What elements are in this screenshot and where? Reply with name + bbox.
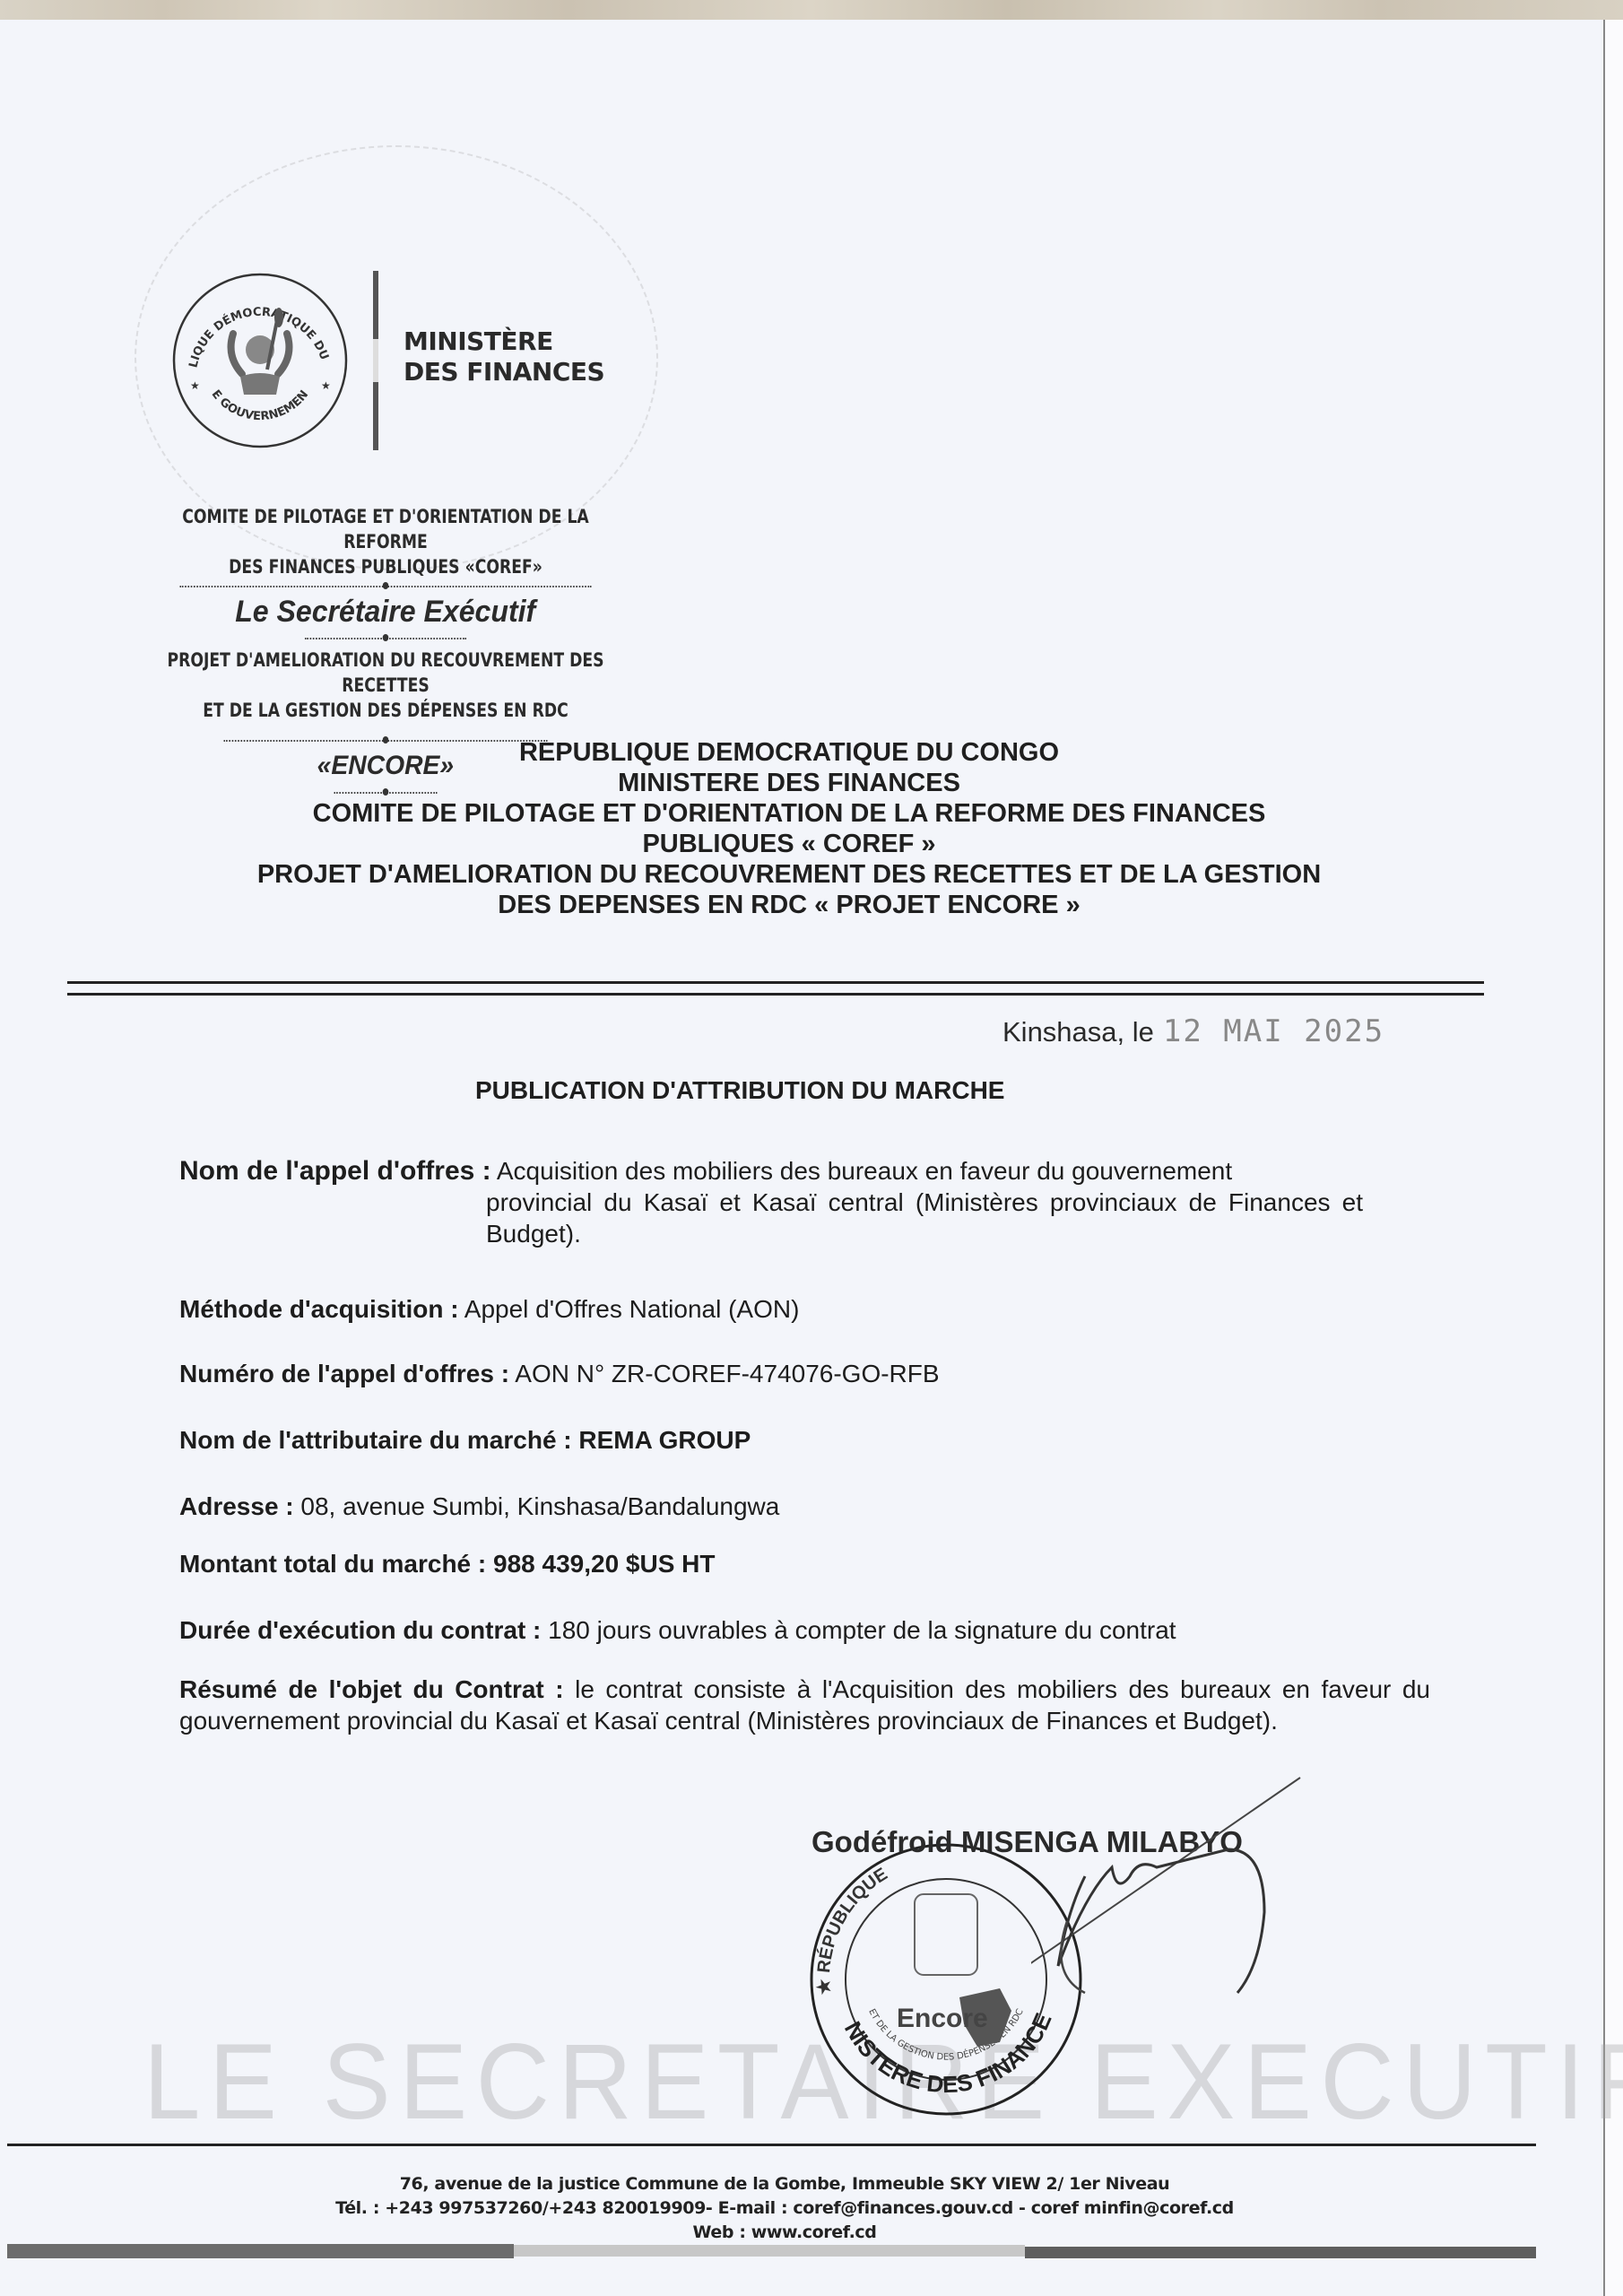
footer-web: Web : www.coref.cd xyxy=(269,2221,1300,2245)
divider xyxy=(179,581,591,590)
field-awardee: Nom de l'attributaire du marché : REMA G… xyxy=(179,1424,751,1456)
scanner-edge-right xyxy=(1603,20,1623,2296)
footer-color-bar-right xyxy=(1025,2247,1536,2258)
document-header: REPUBLIQUE DEMOCRATIQUE DU CONGO MINISTE… xyxy=(215,737,1363,920)
committee-name: COMITE DE PILOTAGE ET D'ORIENTATION DE L… xyxy=(165,504,606,554)
footer-address: 76, avenue de la justice Commune de la G… xyxy=(269,2172,1300,2196)
document-page: RÉPUBLIQUE DÉMOCRATIQUE DU CONGO LE GOUV… xyxy=(0,20,1603,2296)
publication-title: PUBLICATION D'ATTRIBUTION DU MARCHE xyxy=(475,1076,1004,1105)
field-address: Adresse : 08, avenue Sumbi, Kinshasa/Ban… xyxy=(179,1491,779,1522)
field-tender-number: Numéro de l'appel d'offres : AON N° ZR-C… xyxy=(179,1358,940,1389)
field-method: Méthode d'acquisition : Appel d'Offres N… xyxy=(179,1293,799,1325)
footer-contact: Tél. : +243 997537260/+243 820019909- E-… xyxy=(269,2196,1300,2221)
logo-divider xyxy=(373,271,378,450)
footer-rule xyxy=(7,2144,1536,2146)
field-tender-name-continued: provincial du Kasaï et Kasaï central (Mi… xyxy=(486,1187,1363,1249)
footer-color-bar-left xyxy=(7,2244,514,2258)
divider xyxy=(305,633,466,642)
project-name-2: ET DE LA GESTION DES DÉPENSES EN RDC xyxy=(165,698,606,723)
handwritten-signature xyxy=(1031,1769,1372,2038)
field-amount: Montant total du marché : 988 439,20 $US… xyxy=(179,1548,716,1579)
svg-text:★: ★ xyxy=(321,379,331,392)
field-summary: Résumé de l'objet du Contrat : le contra… xyxy=(179,1674,1430,1736)
ministry-logo-text: MINISTÈRE DES FINANCES xyxy=(404,326,604,387)
svg-text:★: ★ xyxy=(190,379,200,392)
secretary-title: Le Secrétaire Exécutif xyxy=(235,592,535,631)
header-rule xyxy=(67,981,1484,996)
project-name: PROJET D'AMELIORATION DU RECOUVREMENT DE… xyxy=(165,648,606,698)
date-line: Kinshasa, le12 MAI 2025 xyxy=(1002,1013,1384,1049)
field-tender-name: Nom de l'appel d'offres : Acquisition de… xyxy=(179,1155,1363,1187)
svg-text:Encore: Encore xyxy=(897,2004,988,2033)
field-duration: Durée d'exécution du contrat : 180 jours… xyxy=(179,1614,1176,1646)
committee-name-2: DES FINANCES PUBLIQUES «COREF» xyxy=(165,554,606,579)
government-seal-icon: RÉPUBLIQUE DÉMOCRATIQUE DU CONGO LE GOUV… xyxy=(170,271,350,450)
scanner-edge xyxy=(0,0,1623,20)
date-stamp: 12 MAI 2025 xyxy=(1163,1013,1384,1049)
footer-color-bar-middle xyxy=(514,2245,1025,2257)
